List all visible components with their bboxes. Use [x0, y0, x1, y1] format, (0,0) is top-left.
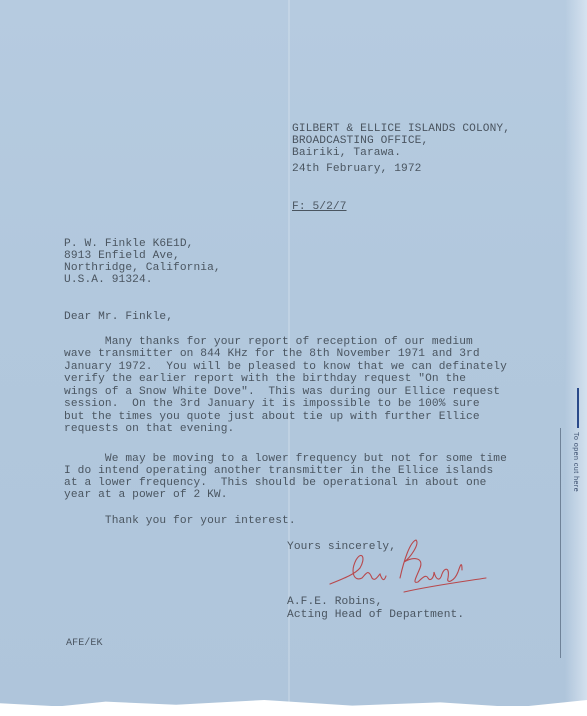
- typist-reference: AFE/EK: [66, 638, 103, 650]
- body-paragraph-3: Thank you for your interest.: [64, 515, 296, 527]
- cut-line: [560, 428, 561, 658]
- body-line: but the times you quote just about tie u…: [64, 411, 480, 423]
- body-line: verify the earlier report with the birth…: [64, 373, 466, 385]
- body-line: at a lower frequency. This should be ope…: [64, 477, 486, 489]
- signature: [320, 538, 490, 598]
- arrow-icon: [577, 388, 579, 428]
- letterhead-line-1: GILBERT & ELLICE ISLANDS COLONY,: [292, 123, 510, 135]
- signatory-name: A.F.E. Robins,: [287, 596, 382, 608]
- salutation: Dear Mr. Finkle,: [64, 311, 173, 323]
- letterhead-line-3: Bairiki, Tarawa.: [292, 147, 401, 159]
- body-line: We may be moving to a lower frequency bu…: [64, 453, 507, 465]
- margin-note: To open cut here: [572, 432, 579, 492]
- paper-edge: [565, 0, 587, 706]
- body-line: wave transmitter on 844 KHz for the 8th …: [64, 348, 480, 360]
- recipient-line-2: 8913 Enfield Ave,: [64, 250, 180, 262]
- letter-date: 24th February, 1972: [292, 163, 421, 175]
- body-line: wings of a Snow White Dove". This was du…: [64, 386, 500, 398]
- body-line: session. On the 3rd January it is imposs…: [64, 398, 480, 410]
- body-line: January 1972. You will be pleased to kno…: [64, 361, 507, 373]
- file-reference: F: 5/2/7: [292, 201, 347, 213]
- body-line: I do intend operating another transmitte…: [64, 465, 493, 477]
- body-line: requests on that evening.: [64, 423, 234, 435]
- letterhead-line-2: BROADCASTING OFFICE,: [292, 135, 428, 147]
- recipient-line-4: U.S.A. 91324.: [64, 274, 153, 286]
- signatory-title: Acting Head of Department.: [287, 609, 464, 621]
- recipient-line-3: Northridge, California,: [64, 262, 221, 274]
- recipient-line-1: P. W. Finkle K6E1D,: [64, 238, 193, 250]
- body-line: year at a power of 2 KW.: [64, 489, 228, 501]
- body-line: Many thanks for your report of reception…: [64, 336, 473, 348]
